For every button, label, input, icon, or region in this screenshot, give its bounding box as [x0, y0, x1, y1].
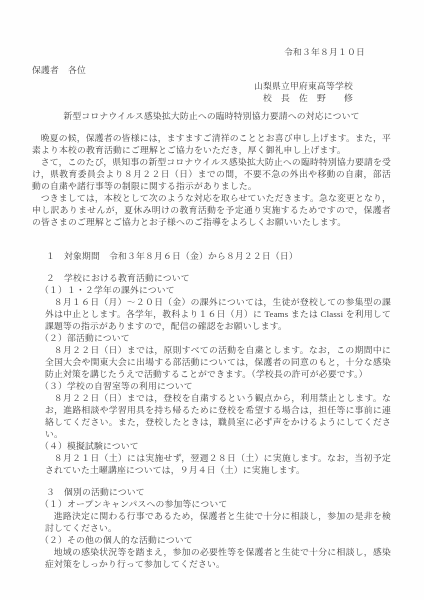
opening-paragraph-2: さて，このたび，県知事の新型コロナウイルス感染拡大防止への臨時特別協力要請を受け…	[32, 156, 391, 192]
subitem-opencampus-title: （１）オープンキャンパスへの参加等について	[32, 498, 391, 510]
subitem-studyroom-body: ８月２２日（日）までは，登校を自粛するという観点から，利用禁止とします。なお，進…	[45, 392, 391, 440]
opening-paragraph-3: つきましては，本校として次のような対応を取らせていただきます。急な変更となり，申…	[32, 192, 391, 228]
document-page: 令和３年８月１０日 保護者 各位 山梨県立甲府東高等学校 校 長 佐 野 修 新…	[0, 0, 424, 600]
document-date: 令和３年８月１０日	[32, 46, 391, 58]
subitem-club-title: （２）部活動について	[32, 332, 391, 344]
subitem-personal-body: 地域の感染状況等を踏まえ，参加の必要性等を保護者と生徒で十分に相談し，感染症対策…	[45, 546, 391, 570]
subitem-mockexam-title: （４）模擬試験について	[32, 440, 391, 452]
subitem-kagai-body: ８月１６日（月）～２０日（金）の課外については，生徒が登校しての参集型の課外は中…	[45, 296, 391, 332]
subitem-club-body: ８月２２日（日）までは，原則すべての活動を自粛とします。なお，この期間中に全国大…	[45, 344, 391, 380]
section-individual-activities: ３ 個別の活動について （１）オープンキャンパスへの参加等について 進路決定に関…	[32, 486, 391, 570]
subitem-club: （２）部活動について ８月２２日（日）までは，原則すべての活動を自粛とします。な…	[32, 332, 391, 380]
item-period-heading: １ 対象期間 令和３年８月６日（金）から８月２２日（日）	[32, 250, 391, 262]
subitem-opencampus-body: 進路決定に関わる行事であるため，保護者と生徒で十分に相談し，参加の是非を検討して…	[45, 510, 391, 534]
subitem-opencampus: （１）オープンキャンパスへの参加等について 進路決定に関わる行事であるため，保護…	[32, 498, 391, 534]
subitem-mockexam: （４）模擬試験について ８月２１日（土）には実施せず，翌週２８日（土）に実施しま…	[32, 440, 391, 476]
sender-school: 山梨県立甲府東高等学校	[32, 80, 353, 92]
opening-paragraph-1: 晩夏の候，保護者の皆様には，ますますご清祥のこととお喜び申し上げます。また，平素…	[32, 132, 391, 156]
addressee: 保護者 各位	[32, 64, 391, 76]
subitem-personal-title: （２）その他の個人的な活動について	[32, 534, 391, 546]
sender-principal: 校 長 佐 野 修	[32, 92, 353, 104]
subitem-mockexam-body: ８月２１日（土）には実施せず，翌週２８日（土）に実施します。なお，当初予定されて…	[45, 452, 391, 476]
subitem-personal: （２）その他の個人的な活動について 地域の感染状況等を踏まえ，参加の必要性等を保…	[32, 534, 391, 570]
document-title: 新型コロナウイルス感染拡大防止への臨時特別協力要請への対応について	[32, 110, 391, 122]
subitem-studyroom-title: （３）学校の自習室等の利用について	[32, 380, 391, 392]
subitem-studyroom: （３）学校の自習室等の利用について ８月２２日（日）までは，登校を自粛するという…	[32, 380, 391, 440]
subitem-kagai: （１）１・２学年の課外について ８月１６日（月）～２０日（金）の課外については，…	[32, 284, 391, 332]
section-individual-activities-heading: ３ 個別の活動について	[32, 486, 391, 498]
section-school-activities: ２ 学校における教育活動について （１）１・２学年の課外について ８月１６日（月…	[32, 272, 391, 476]
subitem-kagai-title: （１）１・２学年の課外について	[32, 284, 391, 296]
section-school-activities-heading: ２ 学校における教育活動について	[32, 272, 391, 284]
sender-block: 山梨県立甲府東高等学校 校 長 佐 野 修	[32, 80, 391, 104]
